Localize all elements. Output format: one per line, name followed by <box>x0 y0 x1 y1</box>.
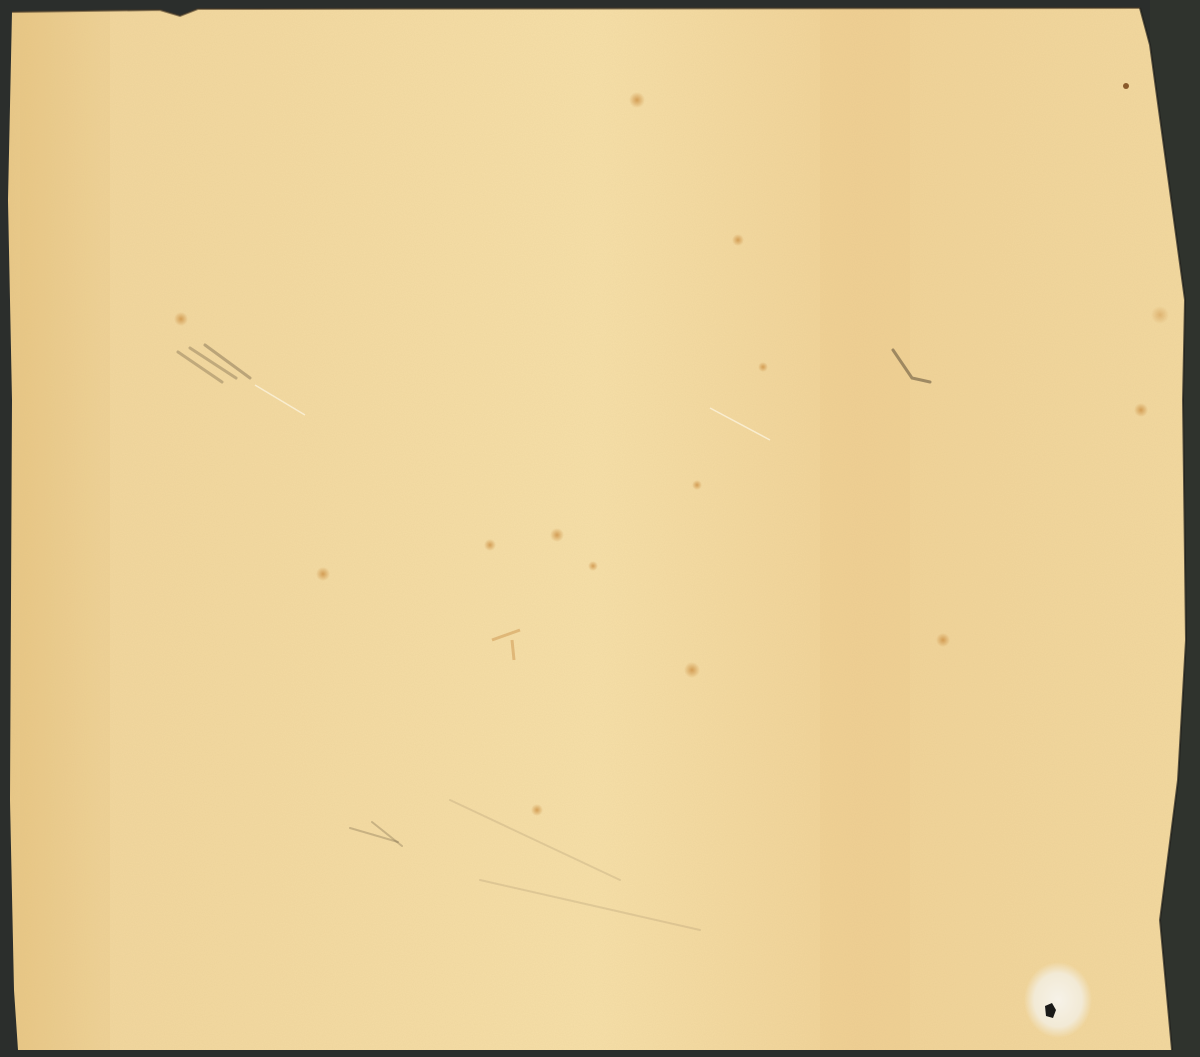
tone-band <box>20 0 110 1057</box>
paper-grain-texture <box>0 0 1200 1057</box>
hole-stain <box>1024 962 1092 1038</box>
scanned-page <box>0 0 1200 1057</box>
aged-paper-sheet <box>0 0 1200 1057</box>
tone-band <box>820 0 910 1057</box>
